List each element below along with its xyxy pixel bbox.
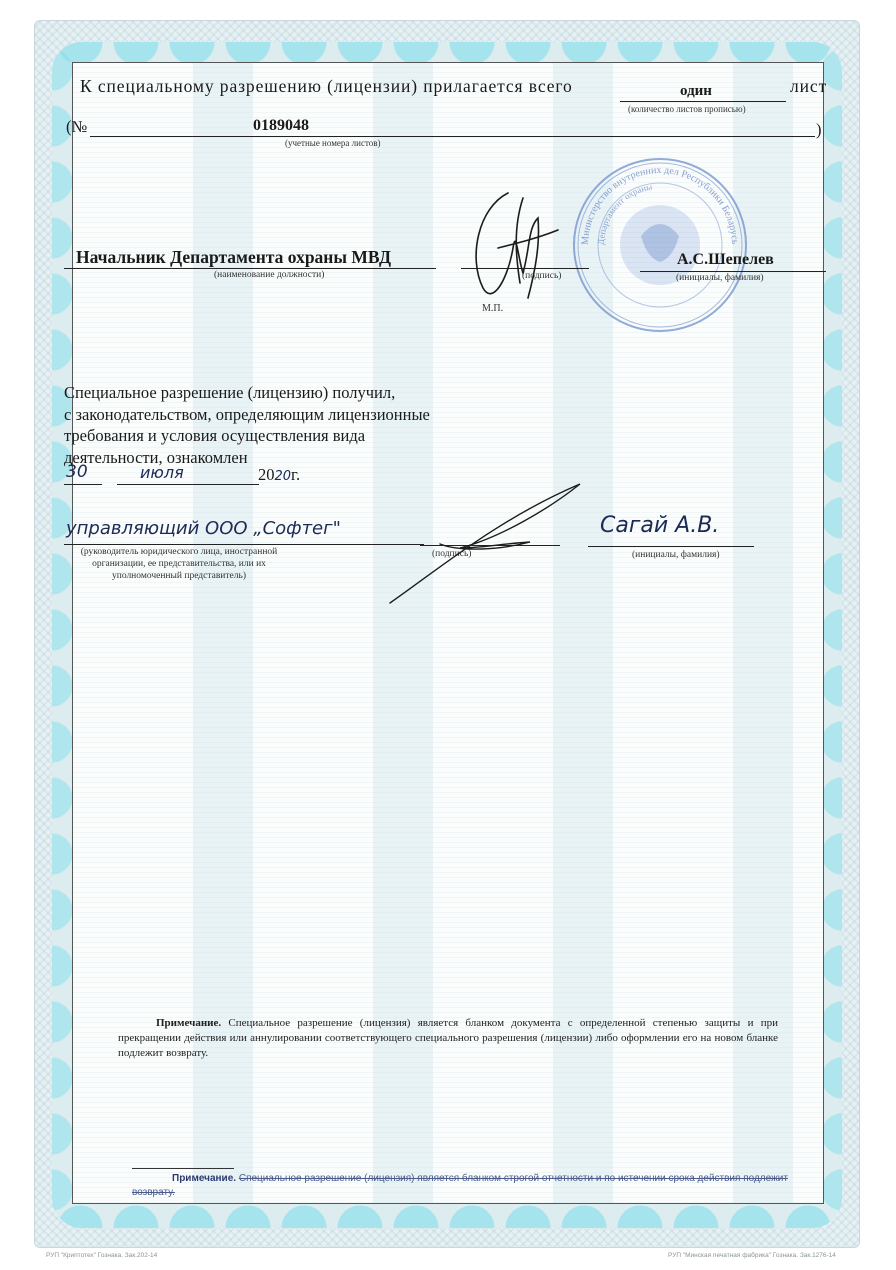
note-original-rule (132, 1168, 234, 1169)
recipient-name-underline (588, 546, 754, 547)
number-prefix: (№ (66, 117, 87, 137)
sheet-numbers-caption: (учетные номера листов) (285, 138, 381, 148)
caption-line: уполномоченный представитель) (64, 570, 294, 582)
recipient-role-underline (64, 544, 424, 545)
day-underline (64, 484, 102, 485)
recipient-role-caption: (руководитель юридического лица, иностра… (64, 546, 294, 582)
issuer-position-underline (64, 268, 436, 269)
year-handwritten: 20 (275, 469, 292, 484)
sheet-count-caption: (количество листов прописью) (628, 104, 746, 114)
caption-line: (руководитель юридического лица, иностра… (64, 546, 294, 558)
note-label: Примечание. (156, 1017, 221, 1029)
attached-sheets-text: К специальному разрешению (лицензии) при… (80, 76, 573, 97)
issuer-position: Начальник Департамента охраны МВД (76, 247, 391, 268)
receipt-year-prefix: 2020г. (258, 465, 300, 485)
recipient-name-caption: (инициалы, фамилия) (632, 550, 720, 560)
seal-label: М.П. (482, 303, 503, 314)
recipient-name-handwritten: Сагай А.В. (600, 513, 719, 538)
sheet-count-value: один (680, 83, 712, 100)
recipient-role-handwritten: управляющий ООО „Софтег" (66, 518, 341, 539)
issuer-position-caption: (наименование должности) (214, 270, 324, 280)
month-underline (117, 484, 259, 485)
official-seal-stamp: Министерство внутренних дел Республики Б… (571, 156, 749, 334)
receipt-statement: Специальное разрешение (лицензию) получи… (64, 382, 430, 468)
closing-paren: ) (816, 120, 822, 140)
receipt-line: с законодательством, определяющим лиценз… (64, 404, 430, 426)
year-printed: 20 (258, 465, 275, 484)
footer-right: РУП "Минская печатная фабрика" Гознака. … (668, 1252, 836, 1259)
year-suffix: г. (291, 465, 300, 484)
issuer-name: А.С.Шепелев (677, 251, 774, 269)
sheet-numbers-value: 0189048 (253, 117, 309, 135)
note-paragraph: Примечание. Специальное разрешение (лице… (118, 1016, 778, 1061)
issuer-name-caption: (инициалы, фамилия) (676, 273, 764, 283)
receipt-line: требования и условия осуществления вида (64, 425, 430, 447)
sheet-numbers-underline (90, 136, 815, 137)
receipt-line: деятельности, ознакомлен (64, 447, 430, 469)
note-original: Примечание. Специальное разрешение (лице… (132, 1172, 792, 1200)
sheet-count-underline (620, 101, 786, 102)
receipt-day: 30 (66, 462, 88, 482)
receipt-line: Специальное разрешение (лицензию) получи… (64, 382, 430, 404)
issuer-signature (468, 188, 568, 308)
issuer-name-underline (640, 271, 826, 272)
receipt-month: июля (140, 463, 184, 482)
note-original-label: Примечание. (172, 1173, 236, 1184)
caption-line: организации, ее представительства, или и… (64, 558, 294, 570)
recipient-signature (380, 478, 590, 608)
footer-left: РУП "Криптотех" Гознака. Зак.202-14 (46, 1252, 157, 1259)
sheet-word: лист (790, 76, 827, 97)
